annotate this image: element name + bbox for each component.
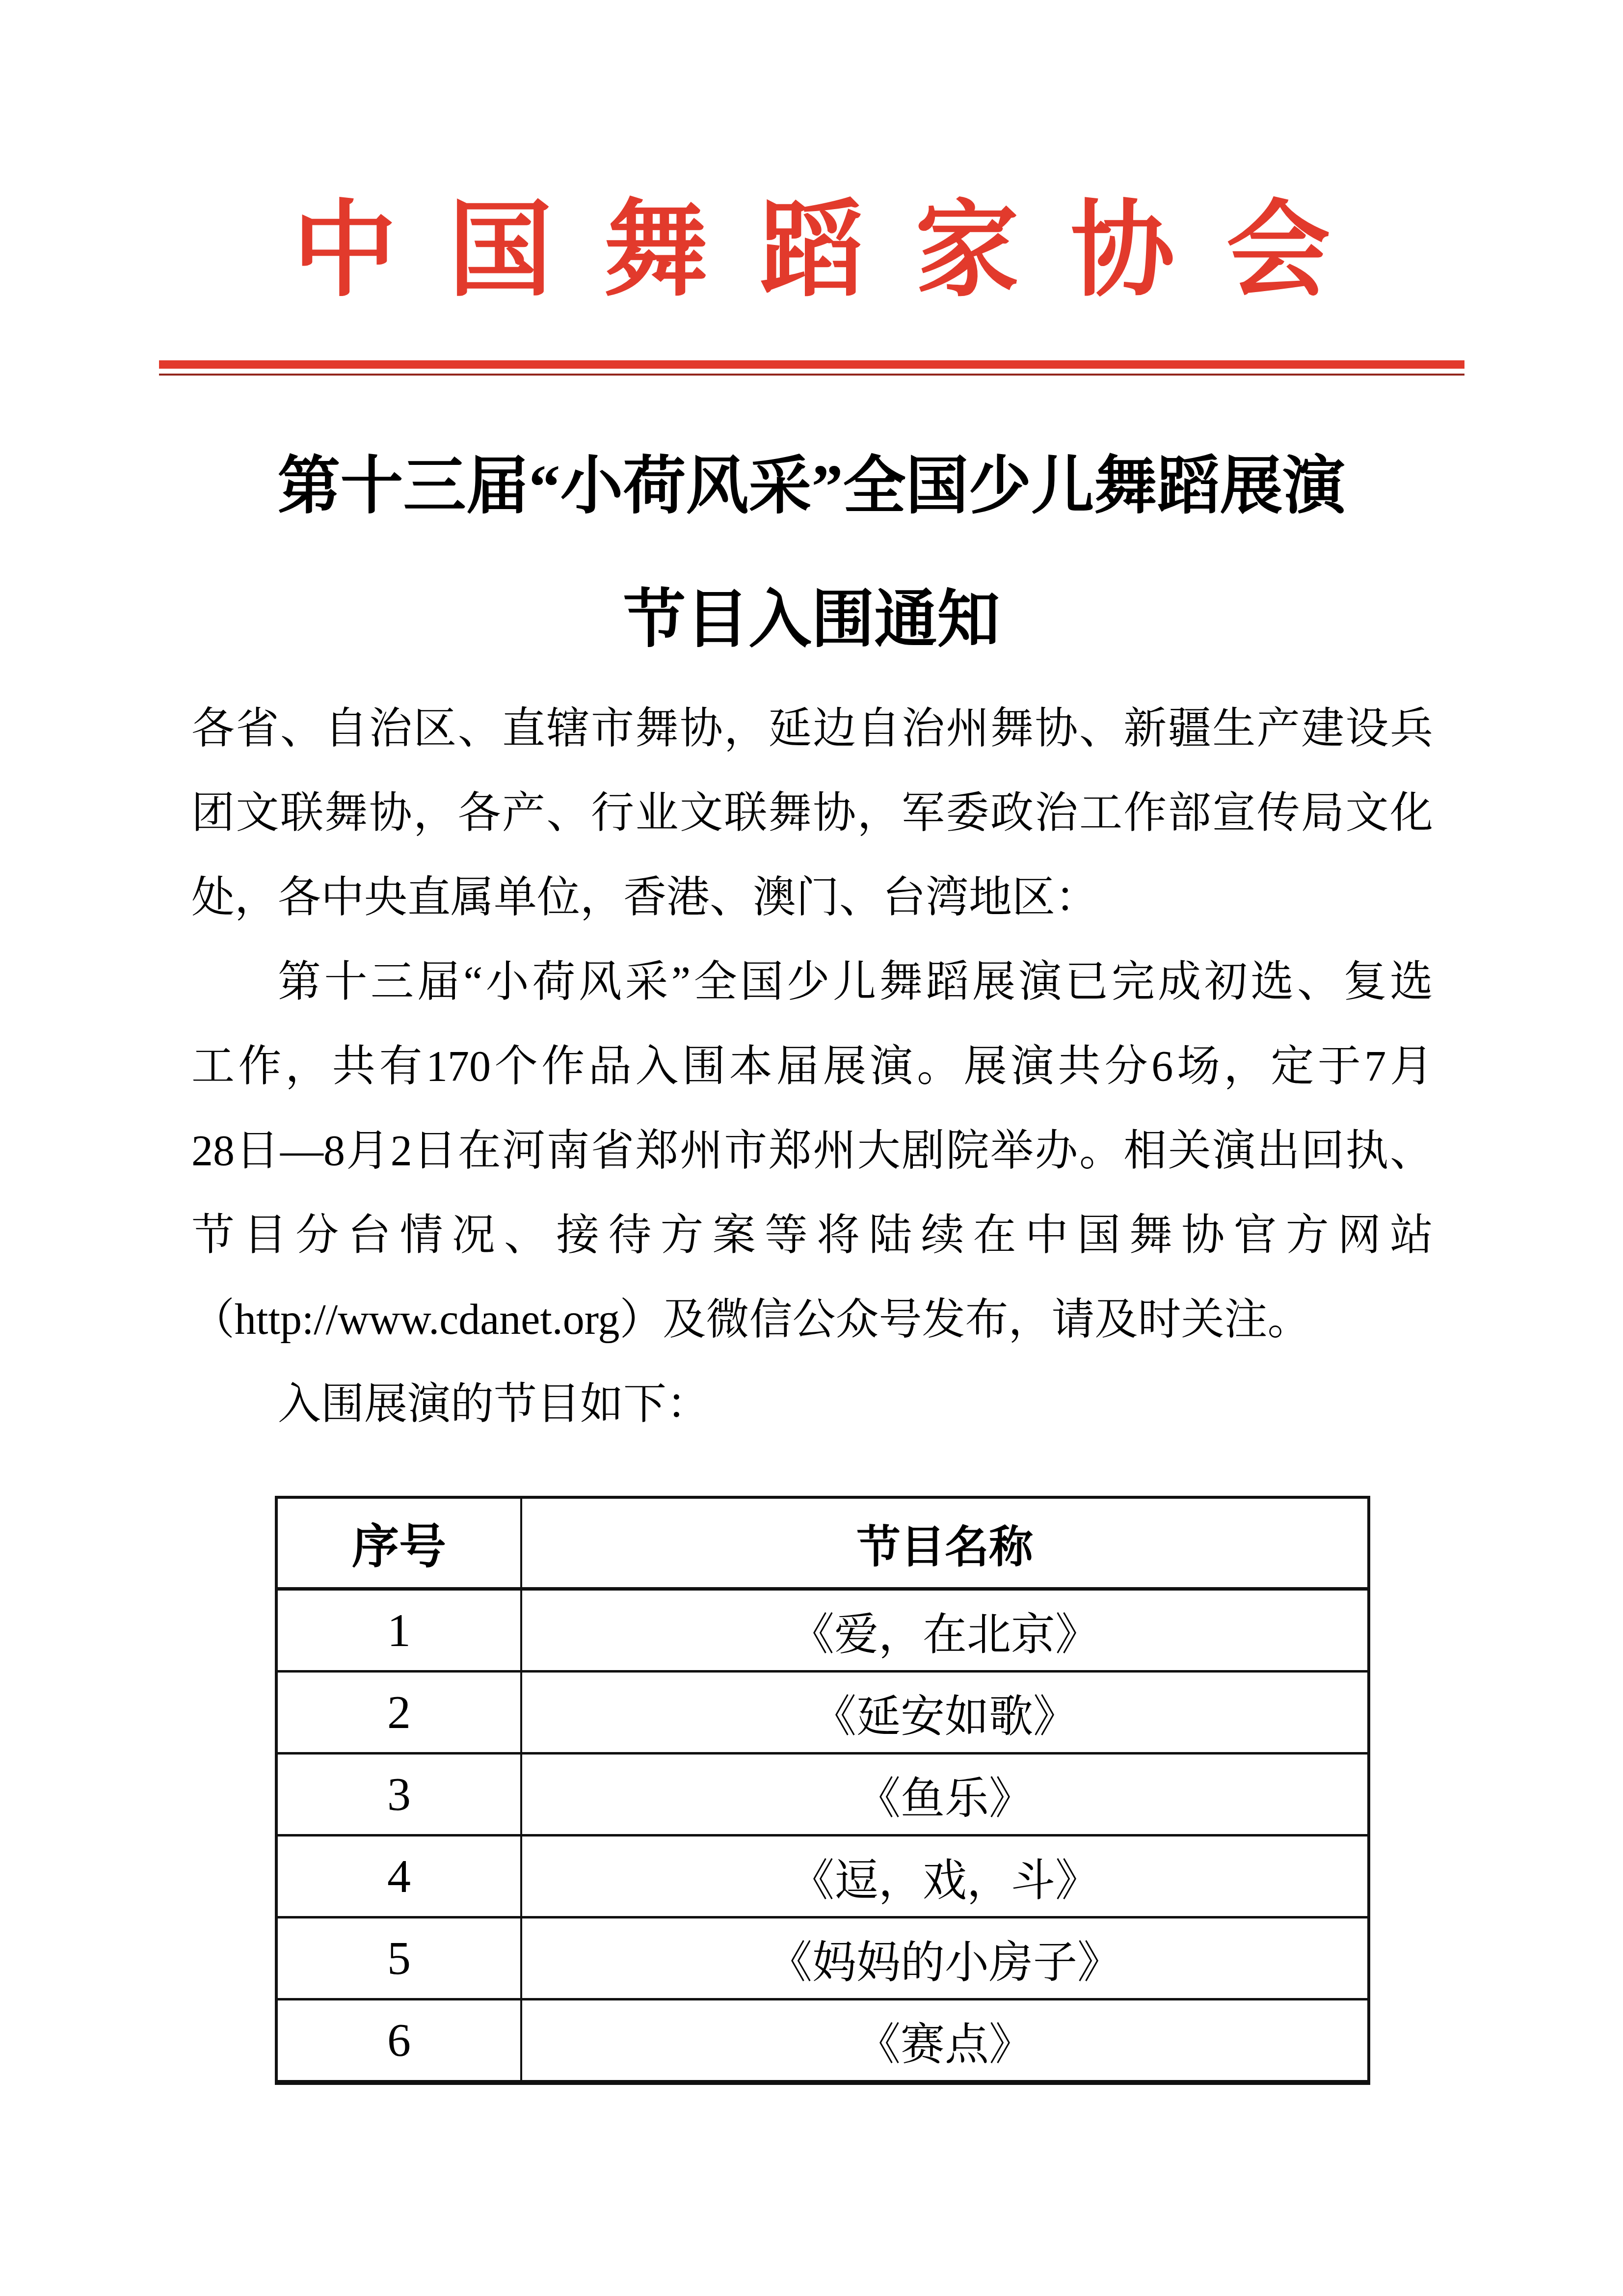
- table-row: 4 《逗，戏，斗》: [278, 1837, 1367, 1918]
- letterhead-rule-thick: [159, 360, 1464, 369]
- cell-name: 《延安如歌》: [522, 1673, 1367, 1752]
- cell-index: 2: [278, 1673, 522, 1752]
- body-line: 各省、自治区、直辖市舞协，延边自治州舞协、新疆生产建设兵: [191, 687, 1433, 771]
- body-line: 入围展演的节目如下：: [191, 1362, 1433, 1447]
- document-page: 中国舞蹈家协会 第十三届“小荷风采”全国少儿舞蹈展演 节目入围通知 各省、自治区…: [0, 0, 1623, 2296]
- cell-index: 3: [278, 1755, 522, 1834]
- body-line-with-url: （http://www.cdanet.org）及微信公众号发布，请及时关注。: [191, 1278, 1433, 1362]
- body-line: 工作，共有170个作品入围本届展演。展演共分6场，定于7月: [191, 1025, 1433, 1109]
- cell-name: 《爱，在北京》: [522, 1591, 1367, 1670]
- header-cell-index: 序号: [278, 1499, 522, 1587]
- title-line-2: 节目入围通知: [0, 553, 1623, 687]
- title-line-1: 第十三届“小荷风采”全国少儿舞蹈展演: [0, 420, 1623, 553]
- table-row: 1 《爱，在北京》: [278, 1591, 1367, 1673]
- cell-name: 《逗，戏，斗》: [522, 1837, 1367, 1916]
- letterhead-rule-thin: [159, 374, 1464, 376]
- cell-name: 《赛点》: [522, 2000, 1367, 2080]
- body-line: 团文联舞协，各产、行业文联舞协，军委政治工作部宣传局文化: [191, 771, 1433, 856]
- cell-index: 6: [278, 2000, 522, 2080]
- table-row: 5 《妈妈的小房子》: [278, 1918, 1367, 2000]
- header-cell-name: 节目名称: [522, 1499, 1367, 1587]
- table-row: 3 《鱼乐》: [278, 1755, 1367, 1837]
- body-line: 处，各中央直属单位，香港、澳门、台湾地区：: [191, 856, 1433, 940]
- body-line: 28日—8月2日在河南省郑州市郑州大剧院举办。相关演出回执、: [191, 1109, 1433, 1193]
- cell-index: 4: [278, 1837, 522, 1916]
- letterhead: 中国舞蹈家协会: [0, 191, 1623, 376]
- body-text: 各省、自治区、直辖市舞协，延边自治州舞协、新疆生产建设兵 团文联舞协，各产、行业…: [191, 687, 1433, 1447]
- document-title: 第十三届“小荷风采”全国少儿舞蹈展演 节目入围通知: [0, 420, 1623, 687]
- table-header-row: 序号 节目名称: [278, 1499, 1367, 1591]
- cell-index: 1: [278, 1591, 522, 1670]
- body-line: 第十三届“小荷风采”全国少儿舞蹈展演已完成初选、复选: [191, 940, 1433, 1025]
- paragraph-lead-in: 入围展演的节目如下：: [191, 1362, 1433, 1447]
- table-row: 2 《延安如歌》: [278, 1673, 1367, 1755]
- program-table: 序号 节目名称 1 《爱，在北京》 2 《延安如歌》 3 《鱼乐》 4 《逗，戏…: [275, 1496, 1370, 2085]
- org-name: 中国舞蹈家协会: [0, 191, 1623, 311]
- table-row: 6 《赛点》: [278, 2000, 1367, 2080]
- paragraph-2: 第十三届“小荷风采”全国少儿舞蹈展演已完成初选、复选 工作，共有170个作品入围…: [191, 940, 1433, 1362]
- cell-index: 5: [278, 1918, 522, 1998]
- paragraph-1: 各省、自治区、直辖市舞协，延边自治州舞协、新疆生产建设兵 团文联舞协，各产、行业…: [191, 687, 1433, 940]
- cell-name: 《妈妈的小房子》: [522, 1918, 1367, 1998]
- cell-name: 《鱼乐》: [522, 1755, 1367, 1834]
- body-line: 节目分台情况、接待方案等将陆续在中国舞协官方网站: [191, 1193, 1433, 1278]
